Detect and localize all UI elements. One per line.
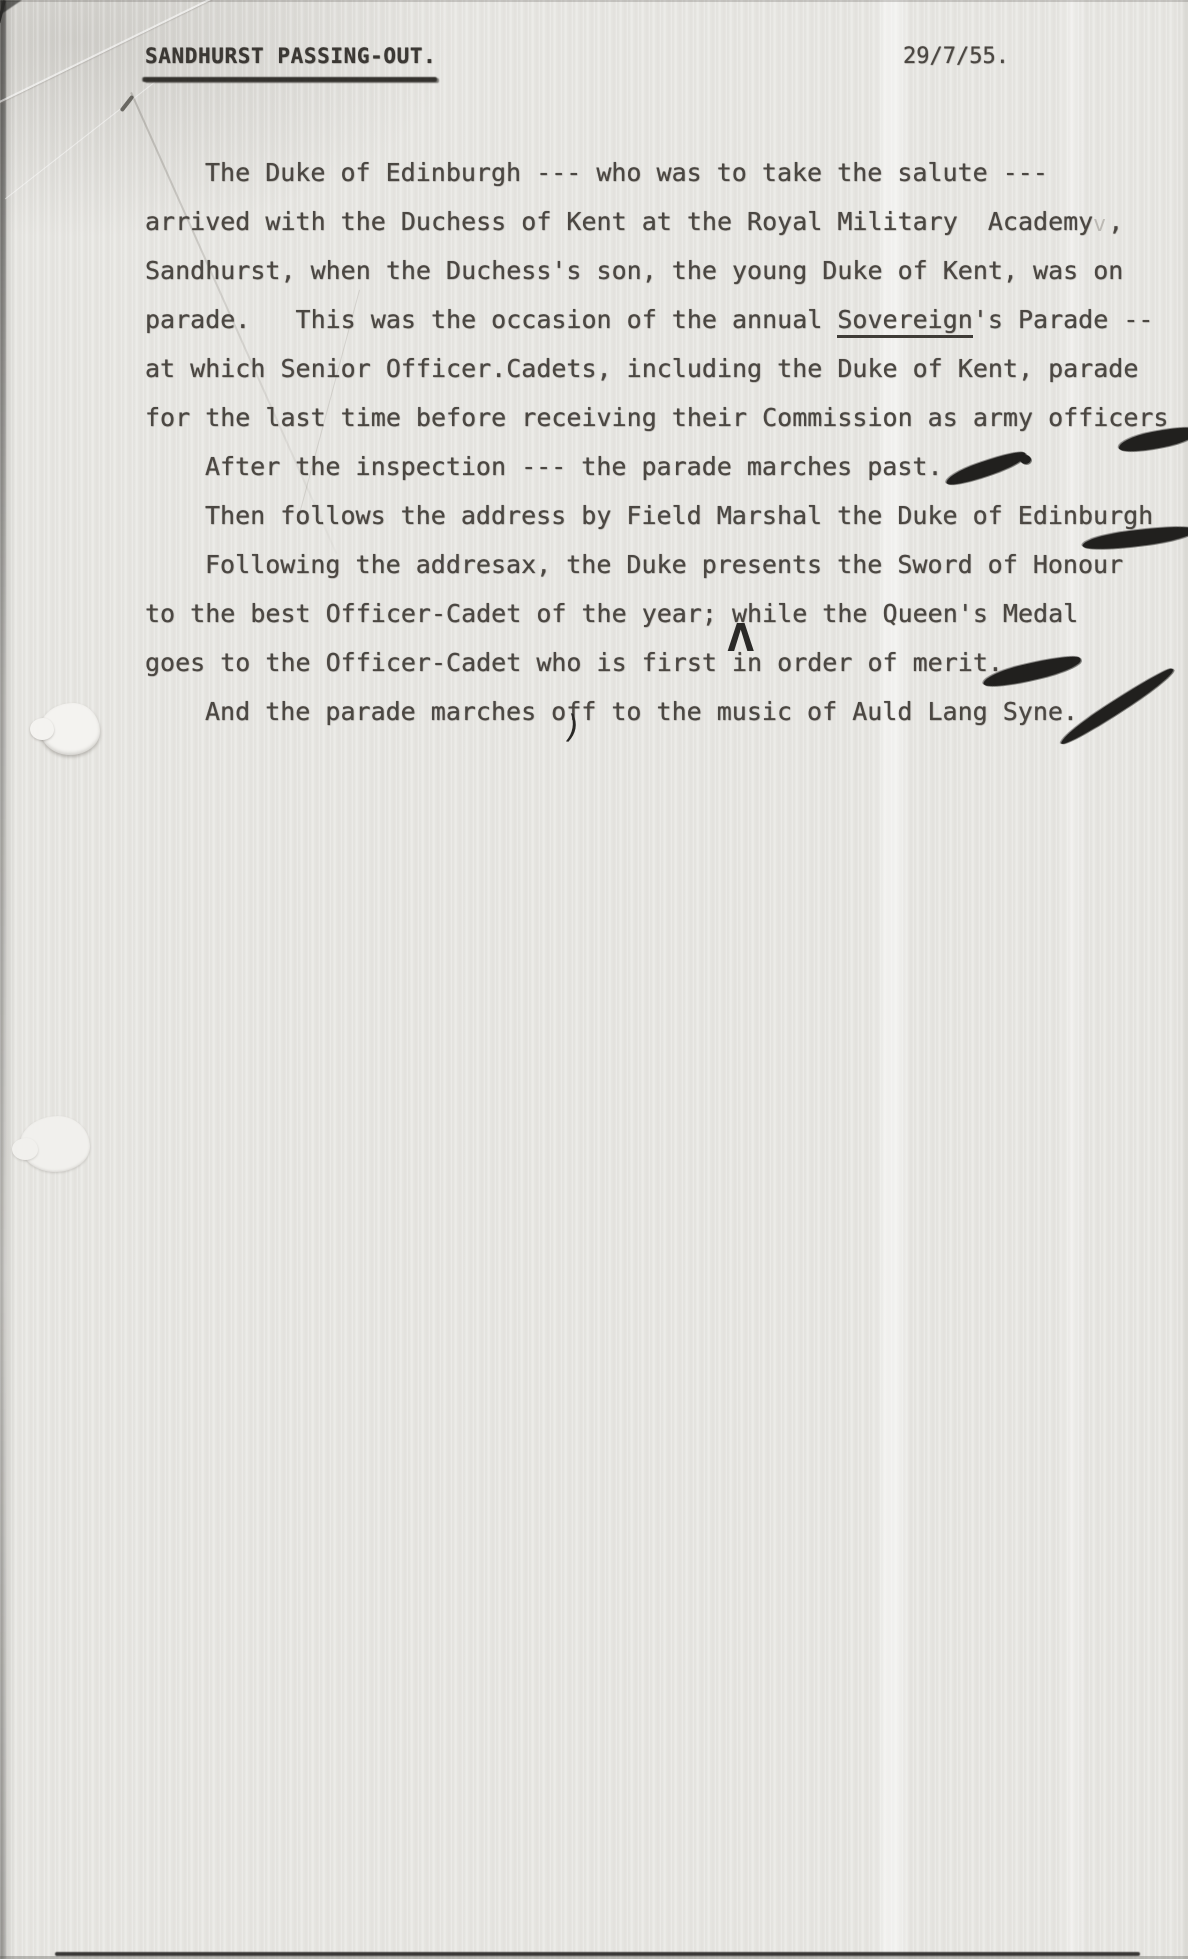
line-segment: parade. This was the occasion of the ann… — [145, 305, 837, 334]
typed-line: After the inspection --- the parade marc… — [205, 454, 943, 480]
scan-edge-bottom — [55, 1952, 1140, 1956]
ghost-overtype-character: v — [1093, 212, 1106, 237]
underlined-word-sovereign: Sovereign — [837, 305, 972, 338]
document-title: SANDHURST PASSING-OUT. — [145, 44, 436, 68]
scan-edge-left — [0, 0, 6, 1959]
typed-line: for the last time before receiving their… — [145, 405, 1169, 431]
title-underline — [143, 77, 437, 82]
punch-hole-lobe — [12, 1138, 38, 1160]
document-page: SANDHURST PASSING-OUT. 29/7/55. The Duke… — [0, 0, 1188, 1959]
crease-ink-tick — [120, 95, 135, 112]
typed-line: parade. This was the occasion of the ann… — [145, 307, 1153, 333]
punch-hole-lobe — [30, 718, 54, 740]
typed-line: to the best Officer-Cadet of the year; w… — [145, 601, 1078, 627]
typed-line: The Duke of Edinburgh --- who was to tak… — [205, 160, 1048, 186]
typed-line: arrived with the Duchess of Kent at the … — [145, 209, 1123, 235]
ink-stroke-after-past — [944, 448, 1028, 490]
typed-line: And the parade marches off to the music … — [205, 699, 1078, 725]
handwritten-tick-after-medal — [0, 0, 6, 24]
scan-edge-top — [0, 0, 1188, 2]
typed-line: Sandhurst, when the Duchess's son, the y… — [145, 258, 1123, 284]
line-segment: 's Parade -- — [973, 305, 1154, 334]
document-date: 29/7/55. — [903, 44, 1009, 69]
typed-line: Then follows the address by Field Marsha… — [205, 503, 1153, 529]
handwritten-caret-after-year: Λ — [727, 616, 753, 660]
typed-line: goes to the Officer-Cadet who is first i… — [145, 650, 1003, 676]
ink-dot-after-past — [1020, 455, 1031, 464]
typed-line: at which Senior Officer.Cadets, includin… — [145, 356, 1138, 382]
typed-line: Following the addresax, the Duke present… — [205, 552, 1123, 578]
